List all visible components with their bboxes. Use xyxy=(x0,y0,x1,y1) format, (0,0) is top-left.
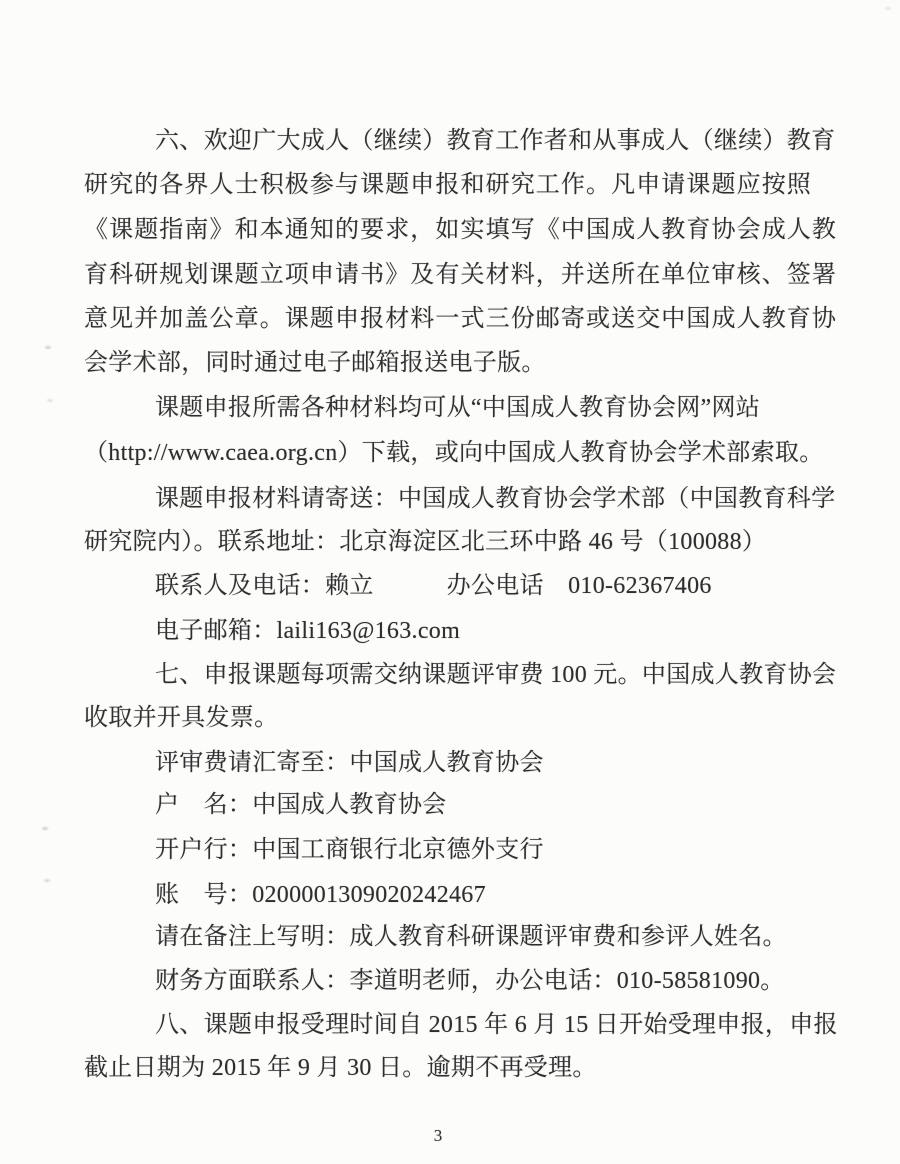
text-line: 户 名：中国成人教育协会 xyxy=(155,790,900,820)
scan-speck xyxy=(46,398,54,403)
text-line: 电子邮箱：laili163@163.com xyxy=(155,616,900,646)
text-line: 收取并开具发票。 xyxy=(84,703,844,733)
text-line: 联系人及电话：赖立 办公电话 010-62367406 xyxy=(155,571,900,601)
scan-speck xyxy=(44,345,52,350)
text-line: 意见并加盖公章。课题申报材料一式三份邮寄或送交中国成人教育协 xyxy=(84,304,844,334)
text-line: 《课题指南》和本通知的要求，如实填写《中国成人教育协会成人教 xyxy=(84,215,844,245)
text-line: 评审费请汇寄至：中国成人教育协会 xyxy=(155,748,900,778)
text-line: 开户行：中国工商银行北京德外支行 xyxy=(155,835,900,865)
text-line: 研究院内）。联系地址：北京海淀区北三环中路 46 号（100088） xyxy=(84,527,844,557)
text-line: 请在备注上写明：成人教育科研课题评审费和参评人姓名。 xyxy=(155,922,900,952)
text-line: 七、申报课题每项需交纳课题评审费 100 元。中国成人教育协会 xyxy=(155,660,900,690)
scan-speck xyxy=(884,6,892,11)
text-line: 截止日期为 2015 年 9 月 30 日。逾期不再受理。 xyxy=(84,1053,844,1083)
scan-speck xyxy=(41,826,49,831)
document-page: 六、欢迎广大成人（继续）教育工作者和从事成人（继续）教育 研究的各界人士积极参与… xyxy=(0,0,900,1164)
text-line: 财务方面联系人：李道明老师，办公电话：010-58581090。 xyxy=(155,966,900,996)
scan-speck xyxy=(43,878,51,883)
text-line: 八、课题申报受理时间自 2015 年 6 月 15 日开始受理申报，申报 xyxy=(155,1010,900,1040)
text-line: 课题申报材料请寄送：中国成人教育协会学术部（中国教育科学 xyxy=(155,484,900,514)
text-line: 研究的各界人士积极参与课题申报和研究工作。凡申请课题应按照 xyxy=(84,170,844,200)
text-line: 账 号：0200001309020242467 xyxy=(155,880,900,910)
text-line: 课题申报所需各种材料均可从“中国成人教育协会网”网站 xyxy=(155,393,900,423)
page-number: 3 xyxy=(0,1126,876,1146)
text-line: 育科研规划课题立项申请书》及有关材料，并送所在单位审核、签署 xyxy=(84,260,844,290)
text-line: （http://www.caea.org.cn）下载，或向中国成人教育协会学术部… xyxy=(84,438,844,468)
text-line: 会学术部，同时通过电子邮箱报送电子版。 xyxy=(84,348,844,378)
text-line: 六、欢迎广大成人（继续）教育工作者和从事成人（继续）教育 xyxy=(155,126,900,156)
